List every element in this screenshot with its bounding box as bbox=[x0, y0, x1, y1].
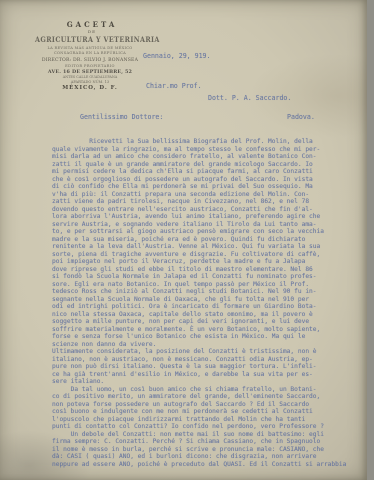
recipient-honorific: Chiar.mo Prof. bbox=[146, 82, 202, 90]
letterhead-tagline-2: CONSAGRADA EN LA REPÚBLICA bbox=[40, 51, 140, 55]
scanned-letter: GACETA DE AGRICULTURA Y VETERINARIA LA R… bbox=[0, 0, 374, 480]
letterhead-po-box: APARTADO NÚM. 13 bbox=[36, 80, 144, 84]
letter-line: soffrire materialmente e moralmente. È u… bbox=[52, 326, 352, 334]
letter-line: v'ha di più: il Conzatti prepara una sec… bbox=[52, 191, 352, 199]
letter-line: italiano, non è austriaco, non è messica… bbox=[52, 356, 352, 364]
letter-line: Ultimamente considerata, la posizione de… bbox=[52, 348, 352, 356]
letter-paper: GACETA DE AGRICULTURA Y VETERINARIA LA R… bbox=[0, 0, 367, 480]
letter-body: Ricevetti la Sua bellissima Biografia de… bbox=[52, 138, 352, 468]
letter-line: scienze non danno da vivere. bbox=[52, 341, 352, 349]
salutation: Gentilissimo Dottore: bbox=[80, 113, 163, 121]
letterhead-title-connector: DE bbox=[53, 29, 131, 34]
letter-line: Ricevetti la Sua bellissima Biografia de… bbox=[52, 138, 352, 146]
letter-line: Un debole del Conzatti: non mette mai il… bbox=[52, 431, 352, 439]
letter-line: zatti viene da padri tirolesi, nacque in… bbox=[52, 198, 352, 206]
letterhead-director: DIRECTOR: DR. SILVIO J. BONANSEA bbox=[36, 58, 144, 63]
letter-line: dovendo questo entrare nell'esercito aus… bbox=[52, 206, 352, 214]
letter-line: Da tal uomo, un così buon amico che si c… bbox=[52, 386, 352, 394]
letter-line: sere italiano. bbox=[52, 378, 352, 386]
letter-line: così buono e indulgente con me non mi pe… bbox=[52, 408, 352, 416]
letter-line: servire Austria, e sognando vedere itali… bbox=[52, 221, 352, 229]
letter-line: dà: CASI ( quasi) ANO, ed i burloni dico… bbox=[52, 453, 352, 461]
letter-line: dove riprese gli studi ed ebbe il titolo… bbox=[52, 266, 352, 274]
letter-line: zatti il quale è un grande ammiratore de… bbox=[52, 161, 352, 169]
letter-line: punti di contatto col Conzatti? Io confi… bbox=[52, 423, 352, 431]
letter-line: nico nella stessa Oaxaca, capitale dello… bbox=[52, 311, 352, 319]
letter-line: l'opuscolo che piacque indirizzarmi trat… bbox=[52, 416, 352, 424]
letterhead-editor-role: EDITOR PROPIETARIO bbox=[36, 64, 144, 68]
letter-line: mi permisi cedere la dedica ch'Ella si p… bbox=[52, 168, 352, 176]
letter-line: che è così orgoglioso di possedere un au… bbox=[52, 176, 352, 184]
letter-line: ce ha già trent'anni d'esilio in México,… bbox=[52, 371, 352, 379]
letter-line: neppure ad essere ANO, poiché è precedut… bbox=[52, 461, 352, 469]
letter-line: renitente a la leva dall'Austria. Venne … bbox=[52, 243, 352, 251]
letterhead-title: GACETA bbox=[53, 20, 131, 29]
letter-line: di ciò confido che Ella mi perdonerà se … bbox=[52, 183, 352, 191]
letter-line: segnante nella Scuola Normale di Oaxaca,… bbox=[52, 296, 352, 304]
letter-line: poi impiegato nel porto il Veracruz, per… bbox=[52, 258, 352, 266]
letter-line: si fondò la Scuola Normale in Jalapa ed … bbox=[52, 273, 352, 281]
dateline: Gennaio, 29, 919. bbox=[143, 52, 211, 60]
letter-line: co di positivo merito, un ammiratore del… bbox=[52, 393, 352, 401]
letter-line: soggetto a mille punture, non per capi d… bbox=[52, 318, 352, 326]
letterhead-city: MÉXICO, D. F. bbox=[36, 85, 144, 91]
letter-line: odi ed intrighi politici. Ora è incarica… bbox=[52, 303, 352, 311]
letterhead-address-former: ANTES CALLE GUADALUPANA bbox=[36, 75, 144, 79]
letter-line: to, e per sottrarsi al giogo austriaco p… bbox=[52, 228, 352, 236]
letter-line: sorte, piena di tragiche avventure e dis… bbox=[52, 251, 352, 259]
letterhead-title-main: AGRICULTURA Y VETERINARIA bbox=[35, 35, 145, 44]
letterhead-tagline-1: LA REVISTA MÁS ANTIGUA DE MÉXICO bbox=[40, 46, 140, 50]
letter-line: lora aborriva l'Austria, avendo lui anim… bbox=[52, 213, 352, 221]
letter-line: madre e la sua miseria, poiché era ed è … bbox=[52, 236, 352, 244]
letter-line: tedesco Ross che iniziò al Conzatti negl… bbox=[52, 288, 352, 296]
recipient-city: Padova. bbox=[287, 113, 315, 121]
recipient-name: Dott. P. A. Saccardo. bbox=[208, 94, 291, 102]
letter-line: firma sempre: C. Conzatti. Perché ? Si c… bbox=[52, 438, 352, 446]
letter-line: quale vivamente la ringrazio, ma al temp… bbox=[52, 146, 352, 154]
letter-line: sore. Egli era nato Botanico. In quel te… bbox=[52, 281, 352, 289]
letter-line: misi darla ad un amico che considero fra… bbox=[52, 153, 352, 161]
letter-line: forse e senza forse l'unico Botanico che… bbox=[52, 333, 352, 341]
letter-line: non poteva forse possedere un autografo … bbox=[52, 401, 352, 409]
letter-line: il nome è messo in burla, perché si scri… bbox=[52, 446, 352, 454]
letter-line: pure non può dirsi italiano. Questa è la… bbox=[52, 363, 352, 371]
